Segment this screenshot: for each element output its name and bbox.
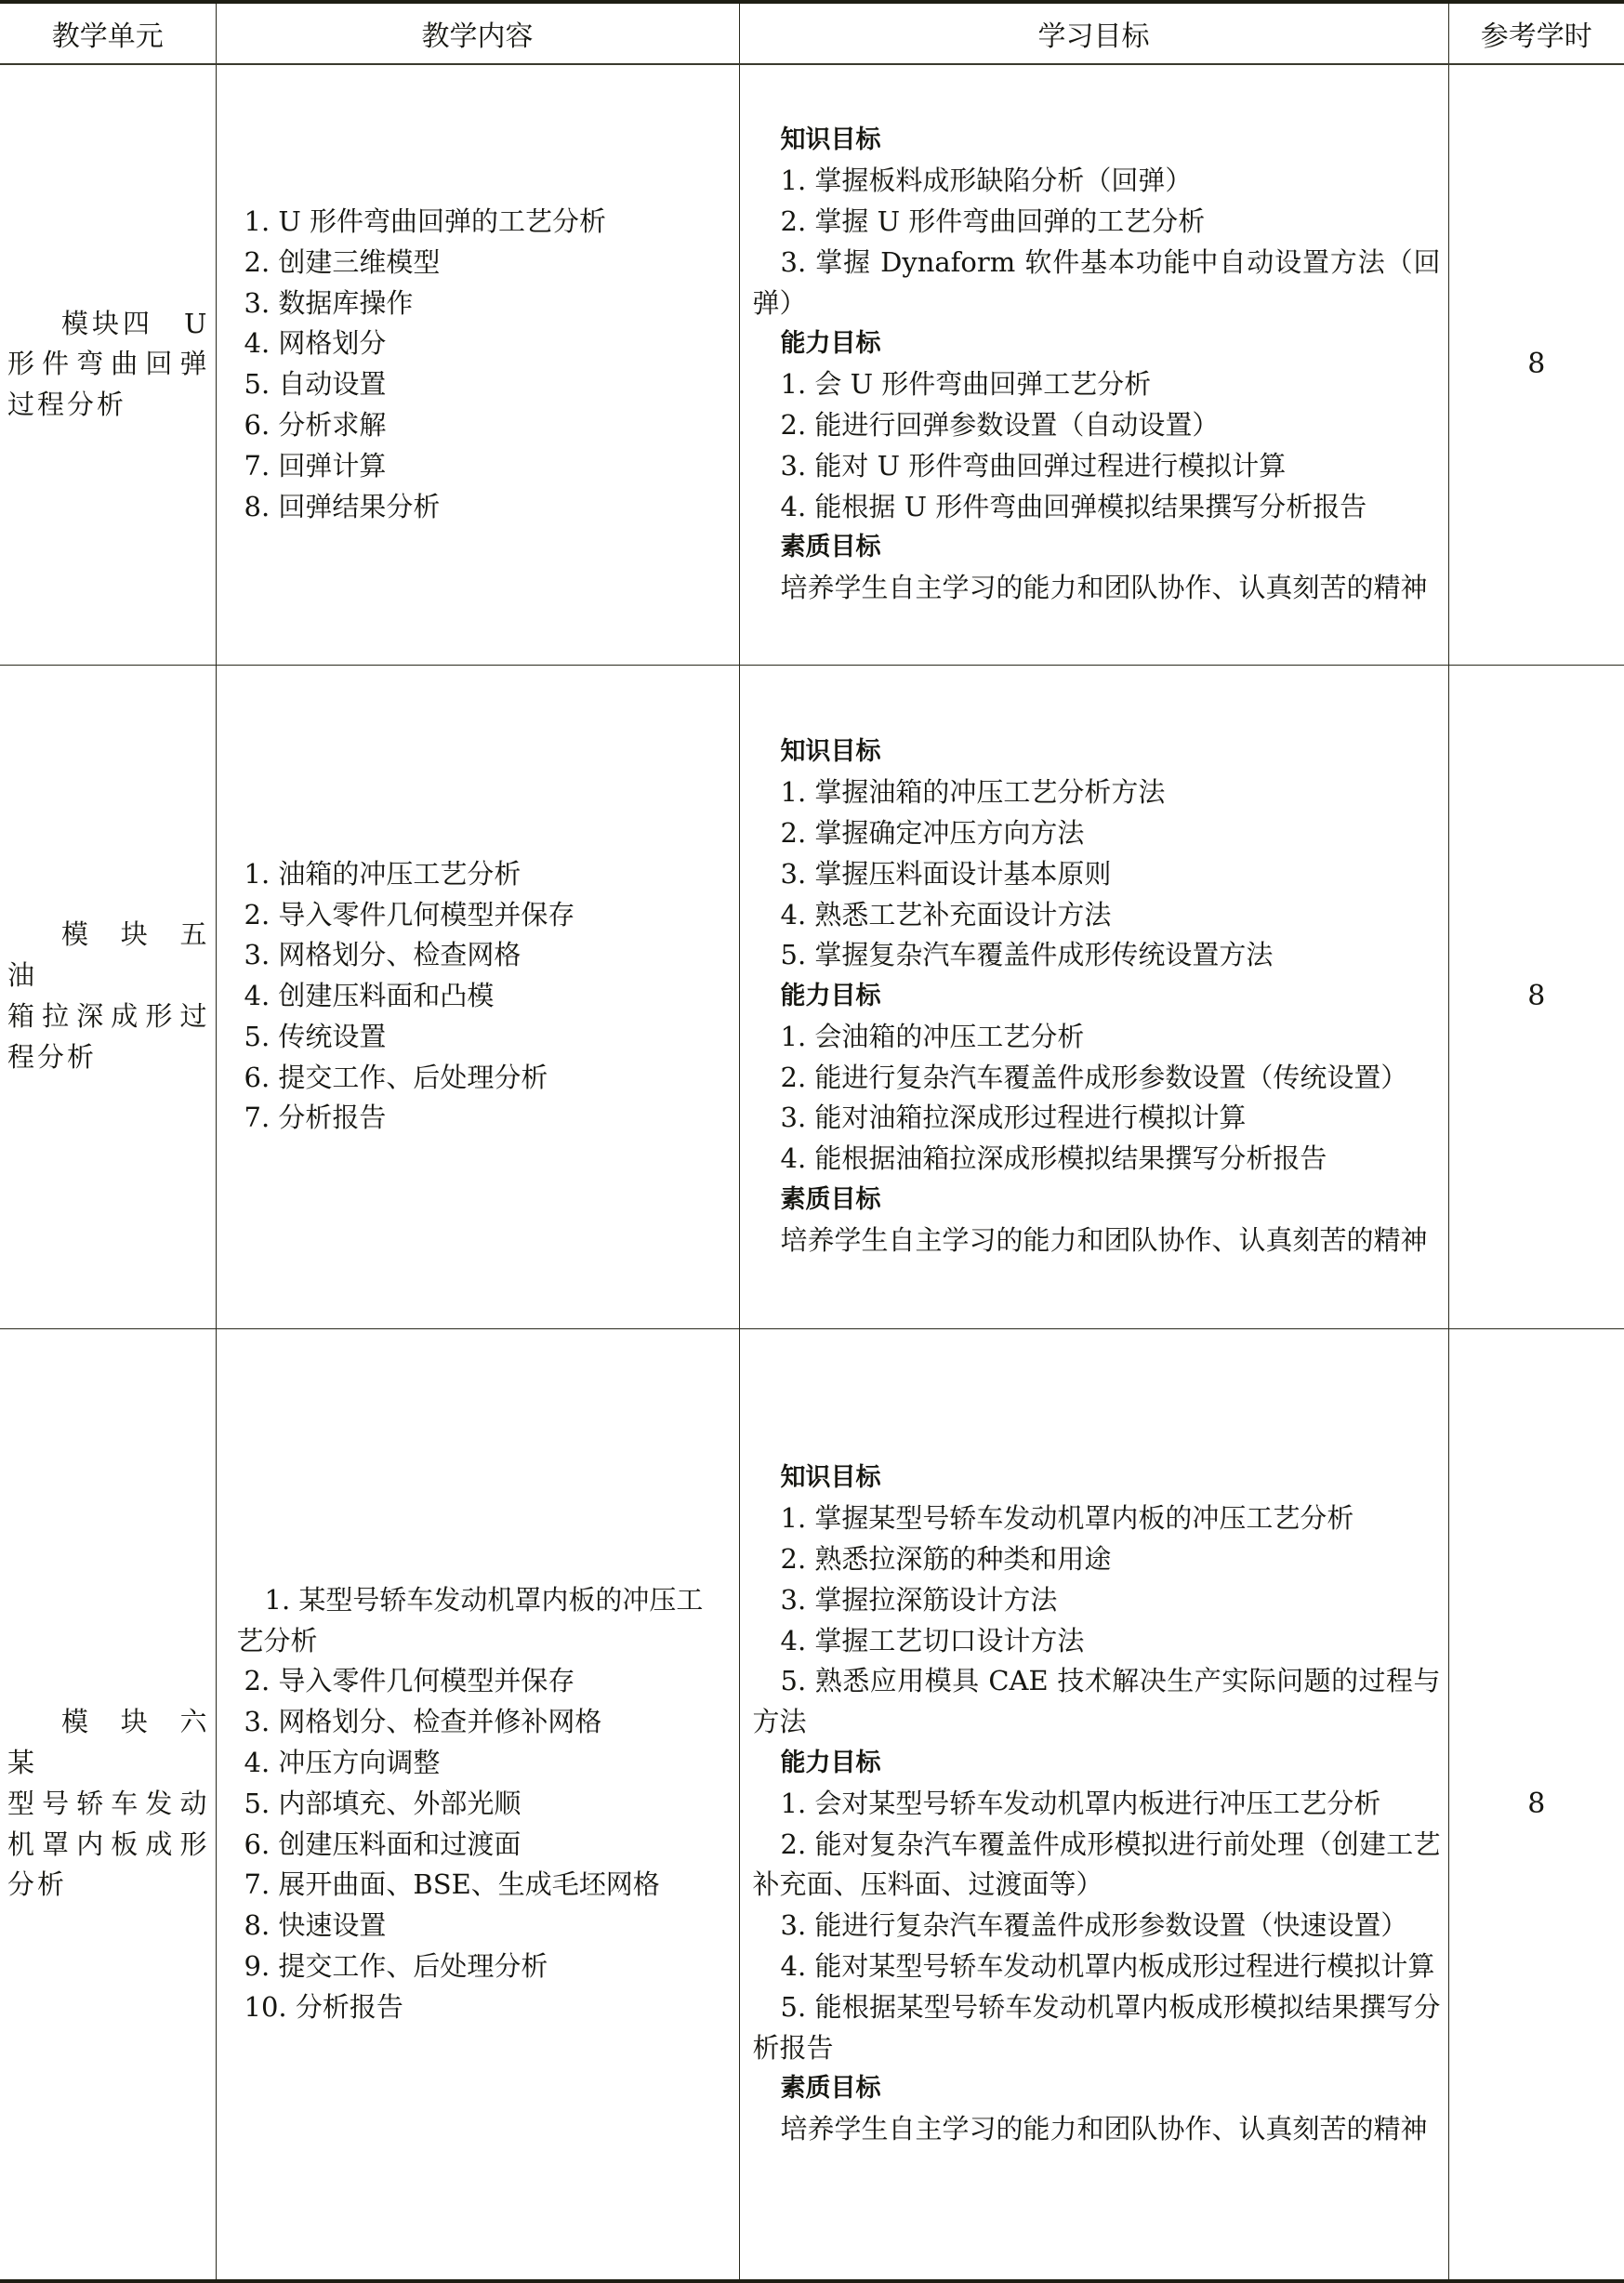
goal-item: 2. 掌握 U 形件弯曲回弹的工艺分析 [753, 202, 1441, 243]
goal-item: 2. 掌握确定冲压方向方法 [753, 813, 1441, 854]
goal-item: 5. 掌握复杂汽车覆盖件成形传统设置方法 [753, 935, 1441, 976]
hours-cell: 8 [1448, 665, 1624, 1328]
content-item: 4. 网格划分 [237, 323, 730, 364]
content-item: 6. 创建压料面和过渡面 [237, 1825, 730, 1866]
content-item: 1. 油箱的冲压工艺分析 [237, 854, 730, 895]
goal-item: 培养学生自主学习的能力和团队协作、认真刻苦的精神 [753, 568, 1441, 609]
table-row: 模块六 某型号轿车发动机罩内板成形分析 1. 某型号轿车发动机罩内板的冲压工艺分… [0, 1328, 1624, 2281]
unit-title: 模块六 某 [7, 1702, 210, 1784]
goal-item: 1. 掌握板料成形缺陷分析（回弹） [753, 161, 1441, 202]
ability-goals-heading: 能力目标 [753, 1743, 1441, 1784]
hours-cell: 8 [1448, 1328, 1624, 2281]
goal-item: 4. 能对某型号轿车发动机罩内板成形过程进行模拟计算 [753, 1946, 1441, 1987]
knowledge-goals-heading: 知识目标 [753, 1458, 1441, 1498]
goal-item: 4. 掌握工艺切口设计方法 [753, 1621, 1441, 1662]
goal-item: 2. 能进行复杂汽车覆盖件成形参数设置（传统设置） [753, 1058, 1441, 1099]
content-item: 4. 冲压方向调整 [237, 1743, 730, 1784]
goal-item: 4. 熟悉工艺补充面设计方法 [753, 895, 1441, 936]
content-item: 7. 展开曲面、BSE、生成毛坯网格 [237, 1865, 730, 1906]
quality-goals-heading: 素质目标 [753, 1180, 1441, 1221]
goal-item: 3. 掌握压料面设计基本原则 [753, 854, 1441, 895]
unit-cell: 模块六 某型号轿车发动机罩内板成形分析 [0, 1328, 216, 2281]
content-item: 8. 快速设置 [237, 1906, 730, 1946]
content-item: 9. 提交工作、后处理分析 [237, 1946, 730, 1987]
goal-item: 3. 掌握拉深筋设计方法 [753, 1580, 1441, 1621]
content-item: 2. 导入零件几何模型并保存 [237, 1661, 730, 1702]
content-item: 2. 导入零件几何模型并保存 [237, 895, 730, 936]
table-row: 模块五 油箱拉深成形过程分析 1. 油箱的冲压工艺分析 2. 导入零件几何模型并… [0, 665, 1624, 1328]
content-cell: 1. 某型号轿车发动机罩内板的冲压工艺分析 2. 导入零件几何模型并保存 3. … [216, 1328, 739, 2281]
goal-item: 4. 能根据 U 形件弯曲回弹模拟结果撰写分析报告 [753, 487, 1441, 528]
content-item: 8. 回弹结果分析 [237, 487, 730, 528]
knowledge-goals-heading: 知识目标 [753, 120, 1441, 161]
unit-title: 模块五 油 [7, 915, 210, 996]
content-item: 3. 网格划分、检查网格 [237, 935, 730, 976]
content-item: 1. 某型号轿车发动机罩内板的冲压工艺分析 [237, 1580, 730, 1662]
goal-item: 5. 熟悉应用模具 CAE 技术解决生产实际问题的过程与方法 [753, 1661, 1441, 1743]
unit-title: 模块四 U [7, 304, 210, 345]
goals-cell: 知识目标 1. 掌握板料成形缺陷分析（回弹） 2. 掌握 U 形件弯曲回弹的工艺… [739, 64, 1448, 665]
content-item: 7. 分析报告 [237, 1098, 730, 1139]
content-cell: 1. 油箱的冲压工艺分析 2. 导入零件几何模型并保存 3. 网格划分、检查网格… [216, 665, 739, 1328]
header-teaching-content: 教学内容 [216, 2, 739, 64]
ability-goals-heading: 能力目标 [753, 323, 1441, 364]
goal-item: 5. 能根据某型号轿车发动机罩内板成形模拟结果撰写分析报告 [753, 1987, 1441, 2069]
content-item: 5. 传统设置 [237, 1017, 730, 1058]
goal-item: 2. 能进行回弹参数设置（自动设置） [753, 405, 1441, 446]
quality-goals-heading: 素质目标 [753, 2068, 1441, 2109]
unit-title-cont: 箱拉深成形过程分析 [7, 1000, 210, 1073]
content-item: 6. 分析求解 [237, 405, 730, 446]
goals-cell: 知识目标 1. 掌握某型号轿车发动机罩内板的冲压工艺分析 2. 熟悉拉深筋的种类… [739, 1328, 1448, 2281]
content-item: 6. 提交工作、后处理分析 [237, 1058, 730, 1099]
content-item: 5. 内部填充、外部光顺 [237, 1784, 730, 1825]
goal-item: 3. 能对油箱拉深成形过程进行模拟计算 [753, 1098, 1441, 1139]
goal-item: 3. 能进行复杂汽车覆盖件成形参数设置（快速设置） [753, 1906, 1441, 1946]
goal-item: 3. 掌握 Dynaform 软件基本功能中自动设置方法（回弹） [753, 243, 1441, 324]
content-item: 7. 回弹计算 [237, 446, 730, 487]
content-item: 3. 网格划分、检查并修补网格 [237, 1702, 730, 1743]
hours-cell: 8 [1448, 64, 1624, 665]
header-reference-hours: 参考学时 [1448, 2, 1624, 64]
goal-item: 1. 会对某型号轿车发动机罩内板进行冲压工艺分析 [753, 1784, 1441, 1825]
quality-goals-heading: 素质目标 [753, 527, 1441, 568]
curriculum-table: 教学单元 教学内容 学习目标 参考学时 模块四 U形件弯曲回弹过程分析 1. U… [0, 0, 1624, 2283]
content-item: 4. 创建压料面和凸模 [237, 976, 730, 1017]
content-cell: 1. U 形件弯曲回弹的工艺分析 2. 创建三维模型 3. 数据库操作 4. 网… [216, 64, 739, 665]
goal-item: 培养学生自主学习的能力和团队协作、认真刻苦的精神 [753, 1221, 1441, 1261]
goal-item: 1. 会油箱的冲压工艺分析 [753, 1017, 1441, 1058]
goal-item: 培养学生自主学习的能力和团队协作、认真刻苦的精神 [753, 2109, 1441, 2150]
goal-item: 1. 掌握某型号轿车发动机罩内板的冲压工艺分析 [753, 1498, 1441, 1539]
ability-goals-heading: 能力目标 [753, 976, 1441, 1017]
unit-cell: 模块四 U形件弯曲回弹过程分析 [0, 64, 216, 665]
unit-title-cont: 型号轿车发动机罩内板成形分析 [7, 1788, 210, 1901]
goal-item: 4. 能根据油箱拉深成形模拟结果撰写分析报告 [753, 1139, 1441, 1180]
goal-item: 1. 会 U 形件弯曲回弹工艺分析 [753, 364, 1441, 405]
content-item: 2. 创建三维模型 [237, 243, 730, 284]
content-item: 5. 自动设置 [237, 364, 730, 405]
content-item: 3. 数据库操作 [237, 284, 730, 324]
goal-item: 3. 能对 U 形件弯曲回弹过程进行模拟计算 [753, 446, 1441, 487]
goal-item: 2. 熟悉拉深筋的种类和用途 [753, 1539, 1441, 1580]
header-teaching-unit: 教学单元 [0, 2, 216, 64]
unit-title-cont: 形件弯曲回弹过程分析 [7, 348, 210, 420]
header-row: 教学单元 教学内容 学习目标 参考学时 [0, 2, 1624, 64]
knowledge-goals-heading: 知识目标 [753, 732, 1441, 772]
goals-cell: 知识目标 1. 掌握油箱的冲压工艺分析方法 2. 掌握确定冲压方向方法 3. 掌… [739, 665, 1448, 1328]
goal-item: 2. 能对复杂汽车覆盖件成形模拟进行前处理（创建工艺补充面、压料面、过渡面等） [753, 1825, 1441, 1907]
content-item: 1. U 形件弯曲回弹的工艺分析 [237, 202, 730, 243]
table-row: 模块四 U形件弯曲回弹过程分析 1. U 形件弯曲回弹的工艺分析 2. 创建三维… [0, 64, 1624, 665]
header-learning-goals: 学习目标 [739, 2, 1448, 64]
goal-item: 1. 掌握油箱的冲压工艺分析方法 [753, 772, 1441, 813]
unit-cell: 模块五 油箱拉深成形过程分析 [0, 665, 216, 1328]
content-item: 10. 分析报告 [237, 1987, 730, 2028]
